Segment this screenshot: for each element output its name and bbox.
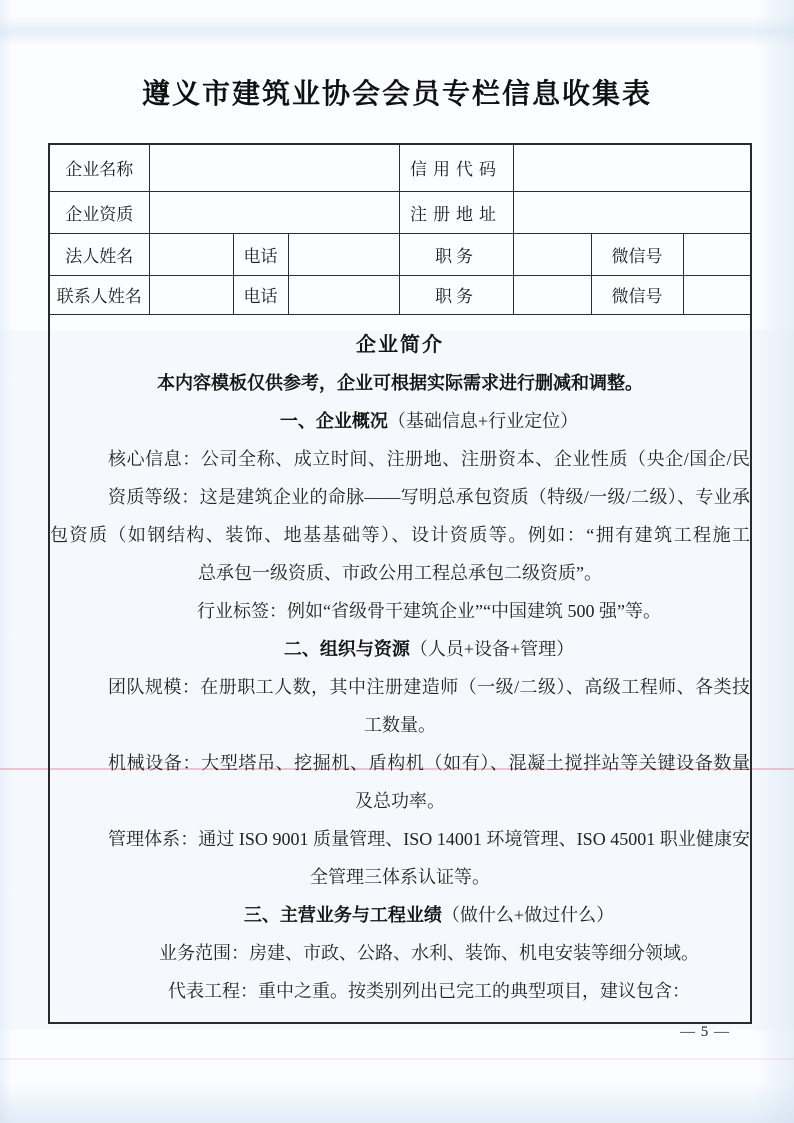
field-registered-address xyxy=(513,191,751,233)
scan-artifact-pink-faint-line xyxy=(0,1058,794,1060)
profile-line: 行业标签：例如“省级骨干建筑企业”“中国建筑 500 强”等。 xyxy=(50,592,750,630)
profile-line: 代表工程：重中之重。按类别列出已完工的典型项目，建议包含： xyxy=(50,972,750,1010)
profile-line: 资质等级：这是建筑企业的命脉——写明总承包资质（特级/一级/二级）、专业承 xyxy=(50,478,750,516)
label-contact-person-phone: 电话 xyxy=(233,275,288,314)
label-registered-address: 注册地址 xyxy=(399,191,513,233)
field-legal-person-wechat xyxy=(683,233,751,275)
profile-line: 工数量。 xyxy=(50,706,750,744)
table-row-company-profile: 企业简介 本内容模板仅供参考，企业可根据实际需求进行删减和调整。 一、企业概况（… xyxy=(49,314,751,1023)
field-company-name xyxy=(149,144,399,191)
profile-line: 管理体系：通过 ISO 9001 质量管理、ISO 14001 环境管理、ISO… xyxy=(50,820,750,858)
profile-line: 业务范围：房建、市政、公路、水利、装饰、机电安装等细分领域。 xyxy=(50,934,750,972)
profile-line: 总承包一级资质、市政公用工程总承包二级资质”。 xyxy=(50,554,750,592)
scanned-document-page: 遵义市建筑业协会会员专栏信息收集表 企业名称 信用代码 企业资质 注册地址 法人… xyxy=(0,0,794,1123)
page-number: — 5 — xyxy=(680,1024,730,1041)
company-profile-cell: 企业简介 本内容模板仅供参考，企业可根据实际需求进行删减和调整。 一、企业概况（… xyxy=(49,314,751,1023)
label-company-qualification: 企业资质 xyxy=(49,191,149,233)
label-contact-person-name: 联系人姓名 xyxy=(49,275,149,314)
label-legal-person-duty: 职务 xyxy=(399,233,513,275)
profile-line: 核心信息：公司全称、成立时间、注册地、注册资本、企业性质（央企/国企/民企）。 xyxy=(50,440,750,478)
table-row-contact-person: 联系人姓名 电话 职务 微信号 xyxy=(49,275,751,314)
table-row-legal-person: 法人姓名 电话 职务 微信号 xyxy=(49,233,751,275)
profile-heading-3: 三、主营业务与工程业绩（做什么+做过什么） xyxy=(50,896,750,934)
profile-heading-2: 二、组织与资源（人员+设备+管理） xyxy=(50,630,750,668)
label-credit-code: 信用代码 xyxy=(399,144,513,191)
scan-artifact-top-band xyxy=(0,16,794,46)
field-contact-person-duty xyxy=(513,275,591,314)
scan-artifact-left-band xyxy=(0,0,12,1123)
label-contact-person-wechat: 微信号 xyxy=(591,275,683,314)
label-contact-person-duty: 职务 xyxy=(399,275,513,314)
field-contact-person-name xyxy=(149,275,233,314)
label-legal-person-name: 法人姓名 xyxy=(49,233,149,275)
scan-artifact-right-band xyxy=(754,0,794,1123)
profile-heading-1: 一、企业概况（基础信息+行业定位） xyxy=(50,402,750,440)
profile-line: 及总功率。 xyxy=(50,782,750,820)
label-legal-person-phone: 电话 xyxy=(233,233,288,275)
label-company-name: 企业名称 xyxy=(49,144,149,191)
field-legal-person-duty xyxy=(513,233,591,275)
profile-line: 团队规模：在册职工人数，其中注册建造师（一级/二级）、高级工程师、各类技 xyxy=(50,668,750,706)
field-credit-code xyxy=(513,144,751,191)
field-legal-person-name xyxy=(149,233,233,275)
field-legal-person-phone xyxy=(288,233,399,275)
field-contact-person-phone xyxy=(288,275,399,314)
document-title: 遵义市建筑业协会会员专栏信息收集表 xyxy=(0,72,794,112)
section-title-company-profile: 企业简介 xyxy=(50,326,750,364)
table-row-company-qualification: 企业资质 注册地址 xyxy=(49,191,751,233)
table-row-company-name: 企业名称 信用代码 xyxy=(49,144,751,191)
field-company-qualification xyxy=(149,191,399,233)
member-info-table: 企业名称 信用代码 企业资质 注册地址 法人姓名 电话 职务 微信号 联系人姓名… xyxy=(48,143,752,1024)
profile-line: 机械设备：大型塔吊、挖掘机、盾构机（如有）、混凝土搅拌站等关键设备数量 xyxy=(50,744,750,782)
label-legal-person-wechat: 微信号 xyxy=(591,233,683,275)
profile-intro-note: 本内容模板仅供参考，企业可根据实际需求进行删减和调整。 xyxy=(50,364,750,402)
profile-line: 包资质（如钢结构、装饰、地基基础等）、设计资质等。例如：“拥有建筑工程施工 xyxy=(50,516,750,554)
field-contact-person-wechat xyxy=(683,275,751,314)
scan-artifact-bottom-band xyxy=(0,1082,794,1123)
profile-line: 全管理三体系认证等。 xyxy=(50,858,750,896)
